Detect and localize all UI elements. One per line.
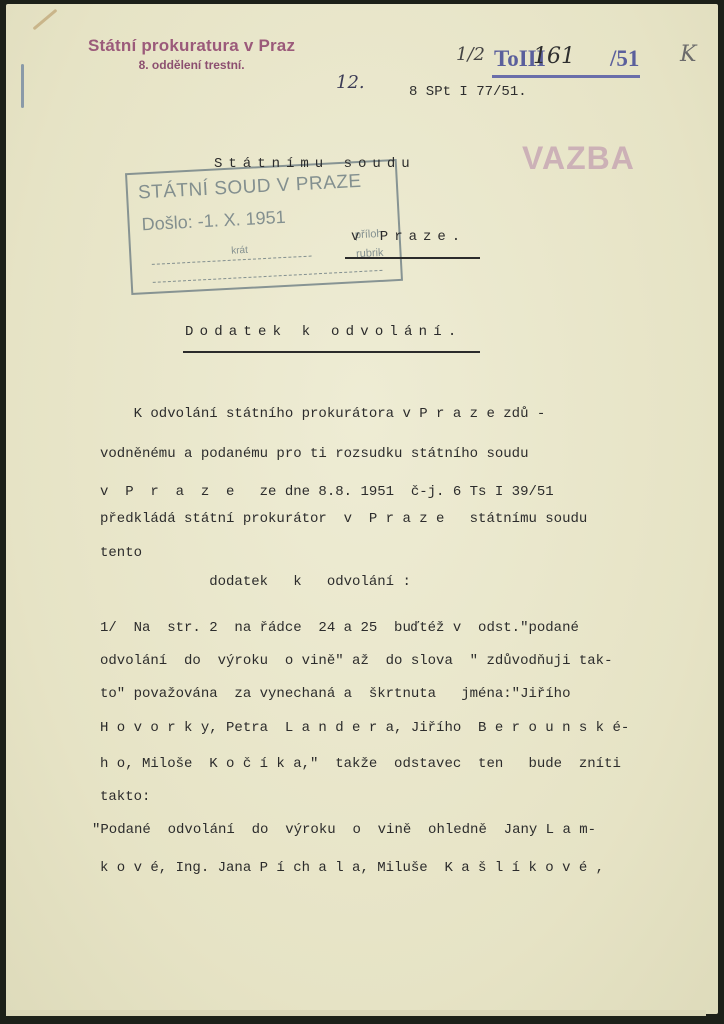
body-line: dodatek k odvolání : [100,574,411,590]
handwritten-page-number: 12. [336,72,365,93]
page-edge [6,1010,706,1016]
addressee-line-1: Státnímu soudu [214,156,416,172]
body-line: tento [100,545,142,561]
body-line: h o, Miloše K o č í k a," takže odstavec… [100,756,621,772]
body-line: H o v o r k y, Petra L a n d e r a, Jiří… [100,720,629,736]
handwritten-note: krát [231,245,248,257]
document-title: Dodatek k odvolání. [185,324,462,340]
stamp-office-name: Státní prokuratura v Praz [88,36,295,56]
stamp-department: 8. oddělení trestní. [88,58,295,72]
body-line: takto: [100,789,150,805]
body-line: vodněnému a podanému pro ti rozsudku stá… [100,446,528,462]
prosecutor-office-stamp: Státní prokuratura v Praz 8. oddělení tr… [88,36,295,72]
addressee-underline [345,257,480,259]
body-line: k o v é, Ing. Jana P í ch a l a, Miluše … [100,860,604,876]
stamp-dash-line [153,270,383,283]
rubric-label: rubrik [356,247,384,261]
handwritten-fraction: 1/2 [456,44,485,65]
title-underline [183,351,480,353]
addressee-line-2: v Praze. [351,229,466,245]
body-line: to" považována za vynechaná a škrtnuta j… [100,686,570,702]
court-name: STÁTNÍ SOUD V PRAZE [138,171,363,205]
registry-underline [492,75,640,78]
court-receipt-stamp: STÁTNÍ SOUD V PRAZE Došlo: -1. X. 1951 p… [125,159,403,295]
body-line: odvolání do výroku o vině" až do slova "… [100,653,612,669]
body-line: 1/ Na str. 2 na řádce 24 a 25 buďtéž v o… [100,620,579,636]
received-date: Došlo: -1. X. 1951 [141,207,286,236]
body-line: v P r a z e ze dne 8.8. 1951 č-j. 6 Ts I… [100,484,554,500]
handwritten-mark: K [680,42,696,67]
body-line: předkládá státní prokurátor v P r a z e … [100,511,587,527]
body-line: K odvolání státního prokurátora v P r a … [100,406,545,422]
stamp-dash-line [152,256,312,265]
reference-number: 8 SPt I 77/51. [409,84,527,100]
handwritten-registry-number: 161 [533,44,575,69]
registry-year: /51 [610,46,639,72]
custody-stamp: VAZBA [522,140,635,177]
body-line: "Podané odvolání do výroku o vině ohledn… [92,822,596,838]
staple-icon [21,64,24,108]
